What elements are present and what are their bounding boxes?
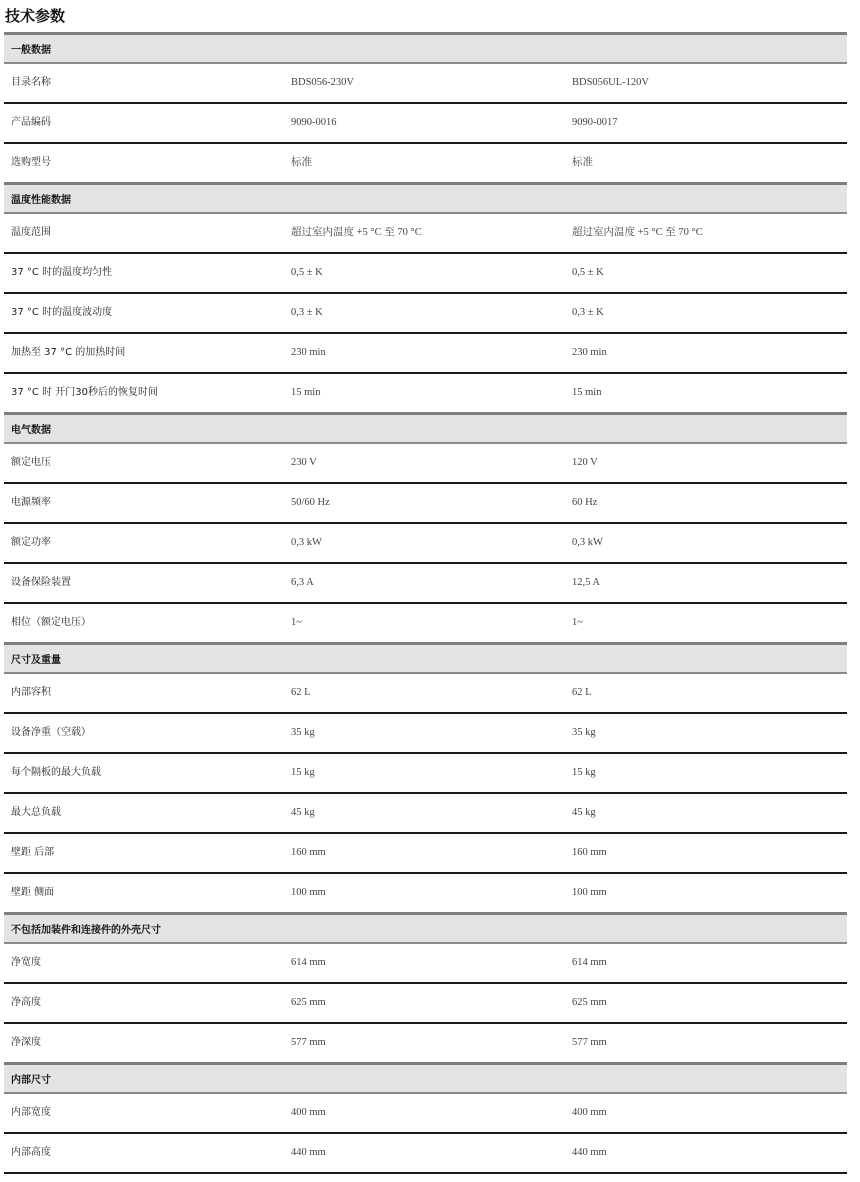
- value-230v: 230 V: [291, 456, 572, 470]
- value-120v: 120 V: [572, 456, 847, 470]
- value-230v: 400 mm: [291, 1106, 572, 1120]
- row-label: 额定电压: [4, 456, 291, 470]
- table-row: 设备净重（空载） 35 kg 35 kg: [4, 714, 847, 754]
- value-230v: 577 mm: [291, 1036, 572, 1050]
- value-230v: 9090-0016: [291, 116, 572, 130]
- row-label: 最大总负载: [4, 806, 291, 820]
- value-230v: 6,3 A: [291, 576, 572, 590]
- row-label: 设备净重（空载）: [4, 726, 291, 740]
- row-label: 电源频率: [4, 496, 291, 510]
- value-230v: 超过室内温度 +5 °C 至 70 °C: [291, 226, 572, 240]
- row-label: 37 °C 时的温度波动度: [4, 306, 291, 320]
- row-label: 净高度: [4, 996, 291, 1010]
- value-230v: 230 min: [291, 346, 572, 360]
- value-230v: 1~: [291, 616, 572, 630]
- row-label: 额定功率: [4, 536, 291, 550]
- table-row: 加热至 37 °C 的加热时间 230 min 230 min: [4, 334, 847, 374]
- row-label: 37 °C 时 开门30秒后的恢复时间: [4, 386, 291, 400]
- value-230v: BDS056-230V: [291, 76, 572, 90]
- row-label: 内部宽度: [4, 1106, 291, 1120]
- section-title: 温度性能数据: [4, 191, 71, 206]
- row-label: 相位（额定电压）: [4, 616, 291, 630]
- value-230v: 0,5 ± K: [291, 266, 572, 280]
- table-row: 37 °C 时的温度波动度 0,3 ± K 0,3 ± K: [4, 294, 847, 334]
- table-row: 相位（额定电压） 1~ 1~: [4, 604, 847, 642]
- row-label: 每个隔板的最大负载: [4, 766, 291, 780]
- row-label: 净宽度: [4, 956, 291, 970]
- spec-table: 一般数据 目录名称 BDS056-230V BDS056UL-120V 产品编码…: [4, 32, 847, 1174]
- table-row: 设备保险装置 6,3 A 12,5 A: [4, 564, 847, 604]
- row-label: 内部容积: [4, 686, 291, 700]
- value-120v: 15 min: [572, 386, 847, 400]
- value-230v: 50/60 Hz: [291, 496, 572, 510]
- value-230v: 0,3 kW: [291, 536, 572, 550]
- value-120v: 625 mm: [572, 996, 847, 1010]
- value-230v: 100 mm: [291, 886, 572, 900]
- section-header-electrical: 电气数据: [4, 412, 847, 444]
- value-120v: 160 mm: [572, 846, 847, 860]
- value-120v: 0,5 ± K: [572, 266, 847, 280]
- table-row: 净宽度 614 mm 614 mm: [4, 944, 847, 984]
- section-header-internal-dimensions: 内部尺寸: [4, 1062, 847, 1094]
- value-230v: 35 kg: [291, 726, 572, 740]
- table-row: 温度范围 超过室内温度 +5 °C 至 70 °C 超过室内温度 +5 °C 至…: [4, 214, 847, 254]
- row-label: 选购型号: [4, 156, 291, 170]
- value-120v: 0,3 kW: [572, 536, 847, 550]
- table-row: 净高度 625 mm 625 mm: [4, 984, 847, 1024]
- value-120v: 35 kg: [572, 726, 847, 740]
- section-header-general: 一般数据: [4, 32, 847, 64]
- value-120v: 9090-0017: [572, 116, 847, 130]
- table-row: 每个隔板的最大负载 15 kg 15 kg: [4, 754, 847, 794]
- value-120v: 400 mm: [572, 1106, 847, 1120]
- value-120v: 0,3 ± K: [572, 306, 847, 320]
- value-120v: 230 min: [572, 346, 847, 360]
- value-120v: 1~: [572, 616, 847, 630]
- value-230v: 0,3 ± K: [291, 306, 572, 320]
- table-row: 净深度 577 mm 577 mm: [4, 1024, 847, 1062]
- value-120v: 标准: [572, 156, 847, 170]
- section-title: 尺寸及重量: [4, 651, 61, 666]
- section-header-dimensions-weight: 尺寸及重量: [4, 642, 847, 674]
- table-row: 额定电压 230 V 120 V: [4, 444, 847, 484]
- value-230v: 160 mm: [291, 846, 572, 860]
- table-row: 37 °C 时的温度均匀性 0,5 ± K 0,5 ± K: [4, 254, 847, 294]
- value-120v: 440 mm: [572, 1146, 847, 1160]
- table-row: 额定功率 0,3 kW 0,3 kW: [4, 524, 847, 564]
- table-row: 壁距 侧面 100 mm 100 mm: [4, 874, 847, 912]
- row-label: 内部高度: [4, 1146, 291, 1160]
- row-label: 设备保险装置: [4, 576, 291, 590]
- table-row: 内部宽度 400 mm 400 mm: [4, 1094, 847, 1134]
- section-title: 不包括加装件和连接件的外壳尺寸: [4, 921, 161, 936]
- row-label: 37 °C 时的温度均匀性: [4, 266, 291, 280]
- row-label: 温度范围: [4, 226, 291, 240]
- row-label: 加热至 37 °C 的加热时间: [4, 346, 291, 360]
- table-row: 内部容积 62 L 62 L: [4, 674, 847, 714]
- value-120v: 12,5 A: [572, 576, 847, 590]
- table-row: 内部高度 440 mm 440 mm: [4, 1134, 847, 1174]
- value-120v: 100 mm: [572, 886, 847, 900]
- section-header-temperature: 温度性能数据: [4, 182, 847, 214]
- table-row: 37 °C 时 开门30秒后的恢复时间 15 min 15 min: [4, 374, 847, 412]
- row-label: 产品编码: [4, 116, 291, 130]
- row-label: 净深度: [4, 1036, 291, 1050]
- value-230v: 标准: [291, 156, 572, 170]
- value-120v: 62 L: [572, 686, 847, 700]
- table-row: 最大总负载 45 kg 45 kg: [4, 794, 847, 834]
- table-row: 选购型号 标准 标准: [4, 144, 847, 182]
- value-120v: 超过室内温度 +5 °C 至 70 °C: [572, 226, 847, 240]
- value-120v: 60 Hz: [572, 496, 847, 510]
- table-row: 电源频率 50/60 Hz 60 Hz: [4, 484, 847, 524]
- table-row: 产品编码 9090-0016 9090-0017: [4, 104, 847, 144]
- value-230v: 15 kg: [291, 766, 572, 780]
- value-120v: 614 mm: [572, 956, 847, 970]
- value-120v: 577 mm: [572, 1036, 847, 1050]
- value-230v: 62 L: [291, 686, 572, 700]
- table-row: 壁距 后部 160 mm 160 mm: [4, 834, 847, 874]
- value-230v: 15 min: [291, 386, 572, 400]
- value-230v: 625 mm: [291, 996, 572, 1010]
- value-120v: 15 kg: [572, 766, 847, 780]
- row-label: 壁距 侧面: [4, 886, 291, 900]
- section-title: 电气数据: [4, 421, 51, 436]
- value-230v: 614 mm: [291, 956, 572, 970]
- section-title: 一般数据: [4, 41, 51, 56]
- row-label: 壁距 后部: [4, 846, 291, 860]
- value-120v: 45 kg: [572, 806, 847, 820]
- value-120v: BDS056UL-120V: [572, 76, 847, 90]
- row-label: 目录名称: [4, 76, 291, 90]
- section-title: 内部尺寸: [4, 1071, 51, 1086]
- section-header-external-dimensions: 不包括加装件和连接件的外壳尺寸: [4, 912, 847, 944]
- page-title: 技术参数: [5, 5, 65, 27]
- value-230v: 440 mm: [291, 1146, 572, 1160]
- value-230v: 45 kg: [291, 806, 572, 820]
- table-row: 目录名称 BDS056-230V BDS056UL-120V: [4, 64, 847, 104]
